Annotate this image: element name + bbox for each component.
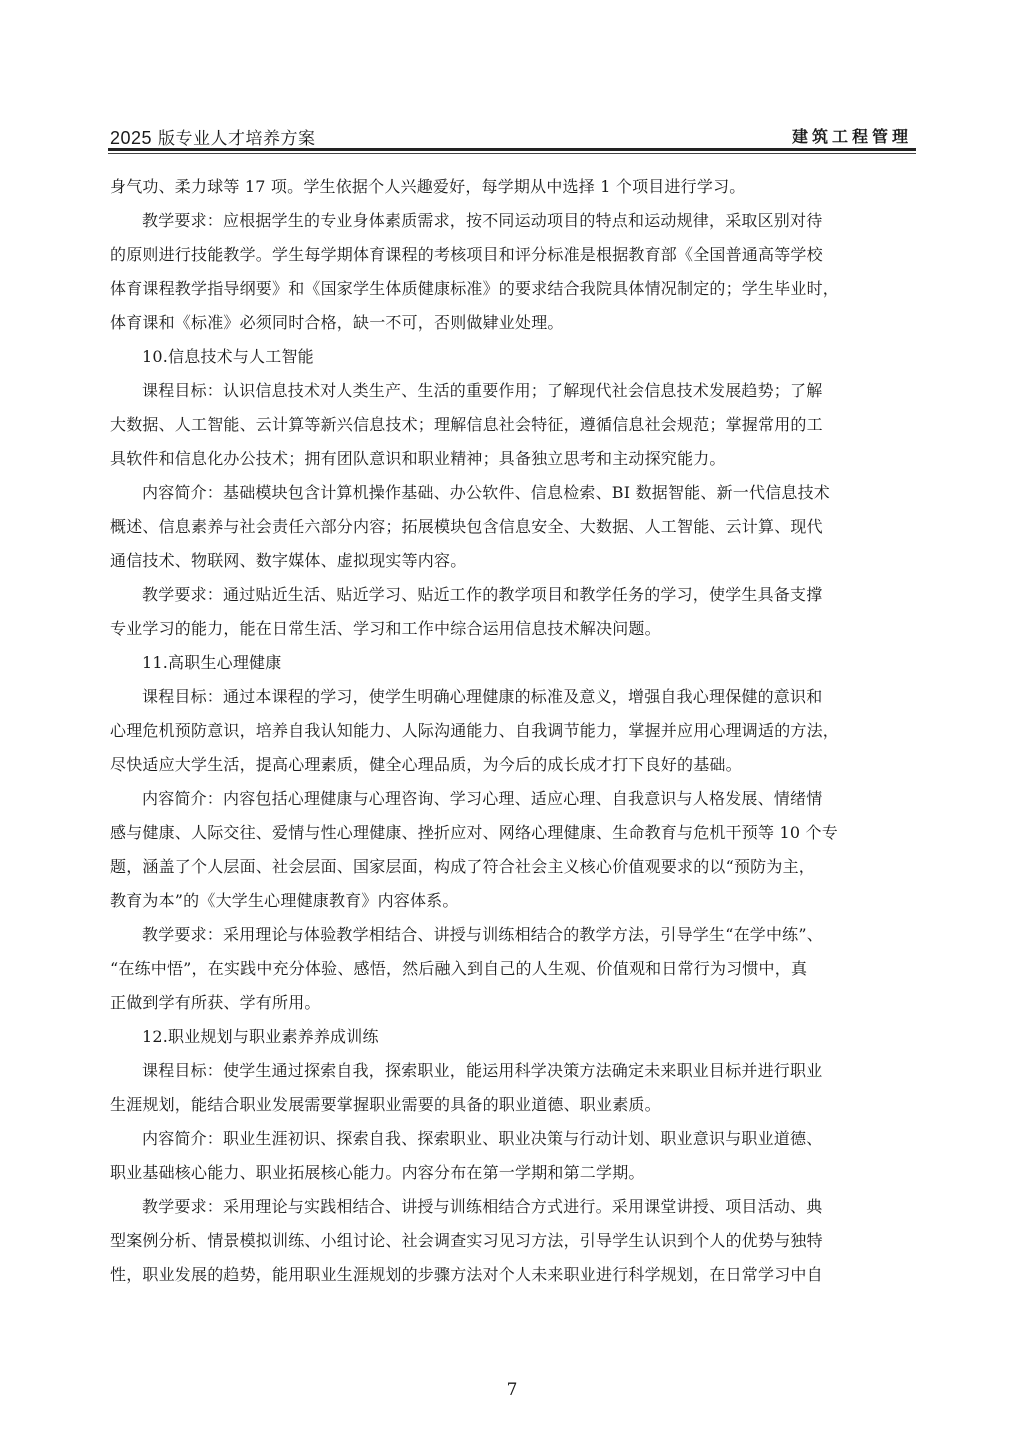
text-line: 身气功、柔力球等 17 项。学生依据个人兴趣爱好，每学期从中选择 1 个项目进行… xyxy=(110,170,916,204)
document-body: 身气功、柔力球等 17 项。学生依据个人兴趣爱好，每学期从中选择 1 个项目进行… xyxy=(110,170,916,1292)
text-line: 内容简介：职业生涯初识、探索自我、探索职业、职业决策与行动计划、职业意识与职业道… xyxy=(110,1122,916,1156)
text-line: 大数据、人工智能、云计算等新兴信息技术；理解信息社会特征，遵循信息社会规范；掌握… xyxy=(110,408,916,442)
text-line: 内容简介：内容包括心理健康与心理咨询、学习心理、适应心理、自我意识与人格发展、情… xyxy=(110,782,916,816)
text-line: 内容简介：基础模块包含计算机操作基础、办公软件、信息检索、BI 数据智能、新一代… xyxy=(110,476,916,510)
text-line: 感与健康、人际交往、爱情与性心理健康、挫折应对、网络心理健康、生命教育与危机干预… xyxy=(110,816,916,850)
text-line: 课程目标：使学生通过探索自我，探索职业，能运用科学决策方法确定未来职业目标并进行… xyxy=(110,1054,916,1088)
text-line: 11.高职生心理健康 xyxy=(110,646,916,680)
header-rule-thin xyxy=(108,153,916,154)
header-rule-thick xyxy=(108,148,916,151)
text-line: 专业学习的能力，能在日常生活、学习和工作中综合运用信息技术解决问题。 xyxy=(110,612,916,646)
text-line: 体育课程教学指导纲要》和《国家学生体质健康标准》的要求结合我院具体情况制定的；学… xyxy=(110,272,916,306)
header-document-title: 2025 版专业人才培养方案 xyxy=(110,124,315,149)
running-header: 2025 版专业人才培养方案 建筑工程管理 xyxy=(110,124,916,148)
text-line: 教学要求：应根据学生的专业身体素质需求，按不同运动项目的特点和运动规律，采取区别… xyxy=(110,204,916,238)
header-year: 2025 xyxy=(110,128,152,148)
text-line: “在练中悟”，在实践中充分体验、感悟，然后融入到自己的人生观、价值观和日常行为习… xyxy=(110,952,916,986)
text-line: 通信技术、物联网、数字媒体、虚拟现实等内容。 xyxy=(110,544,916,578)
text-line: 具软件和信息化办公技术；拥有团队意识和职业精神；具备独立思考和主动探究能力。 xyxy=(110,442,916,476)
text-line: 课程目标：通过本课程的学习，使学生明确心理健康的标准及意义，增强自我心理保健的意… xyxy=(110,680,916,714)
text-line: 生涯规划，能结合职业发展需要掌握职业需要的具备的职业道德、职业素质。 xyxy=(110,1088,916,1122)
text-line: 教育为本”的《大学生心理健康教育》内容体系。 xyxy=(110,884,916,918)
text-line: 教学要求：通过贴近生活、贴近学习、贴近工作的教学项目和教学任务的学习，使学生具备… xyxy=(110,578,916,612)
text-line: 性，职业发展的趋势，能用职业生涯规划的步骤方法对个人未来职业进行科学规划，在日常… xyxy=(110,1258,916,1292)
text-line: 型案例分析、情景模拟训练、小组讨论、社会调查实习见习方法，引导学生认识到个人的优… xyxy=(110,1224,916,1258)
header-title-text: 版专业人才培养方案 xyxy=(158,129,316,149)
text-line: 教学要求：采用理论与体验教学相结合、讲授与训练相结合的教学方法，引导学生“在学中… xyxy=(110,918,916,952)
text-line: 体育课和《标准》必须同时合格，缺一不可，否则做肄业处理。 xyxy=(110,306,916,340)
text-line: 教学要求：采用理论与实践相结合、讲授与训练相结合方式进行。采用课堂讲授、项目活动… xyxy=(110,1190,916,1224)
text-line: 概述、信息素养与社会责任六部分内容；拓展模块包含信息安全、大数据、人工智能、云计… xyxy=(110,510,916,544)
text-line: 正做到学有所获、学有所用。 xyxy=(110,986,916,1020)
text-line: 的原则进行技能教学。学生每学期体育课程的考核项目和评分标准是根据教育部《全国普通… xyxy=(110,238,916,272)
text-line: 题，涵盖了个人层面、社会层面、国家层面，构成了符合社会主义核心价值观要求的以“预… xyxy=(110,850,916,884)
header-major-name: 建筑工程管理 xyxy=(792,124,912,147)
text-line: 10.信息技术与人工智能 xyxy=(110,340,916,374)
text-line: 12.职业规划与职业素养养成训练 xyxy=(110,1020,916,1054)
page-number: 7 xyxy=(0,1380,1024,1400)
text-line: 尽快适应大学生活，提高心理素质，健全心理品质，为今后的成长成才打下良好的基础。 xyxy=(110,748,916,782)
text-line: 职业基础核心能力、职业拓展核心能力。内容分布在第一学期和第二学期。 xyxy=(110,1156,916,1190)
text-line: 课程目标：认识信息技术对人类生产、生活的重要作用；了解现代社会信息技术发展趋势；… xyxy=(110,374,916,408)
text-line: 心理危机预防意识，培养自我认知能力、人际沟通能力、自我调节能力，掌握并应用心理调… xyxy=(110,714,916,748)
